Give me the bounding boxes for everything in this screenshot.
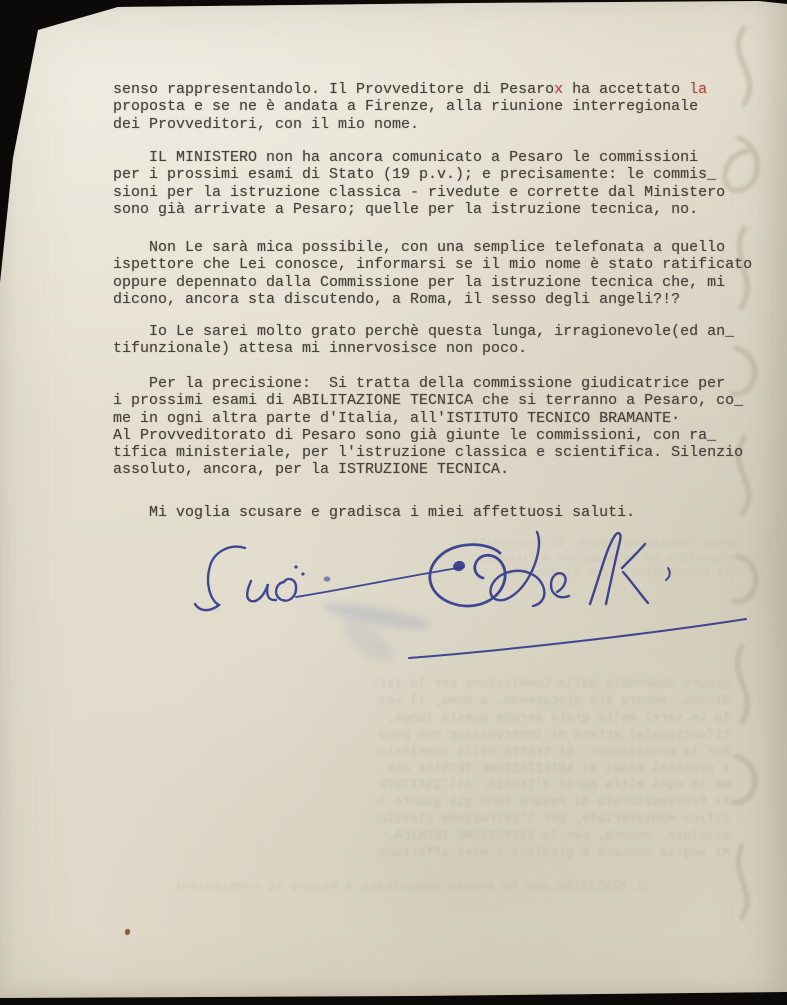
text-line: Al Provveditorato di Pesaro sono già giu… [113, 427, 743, 444]
text-line: oppure depennato dalla Commissione per l… [113, 274, 752, 291]
bleed-through-text: oppure depennato dalla Commissione per l… [376, 676, 730, 904]
bleed-through-text: senso rappresentandolo. Il Provveditore … [470, 536, 738, 588]
text-line: Per la precisione: Si tratta della commi… [113, 375, 743, 392]
text-line: sioni per la istruzione classica - rived… [113, 184, 725, 201]
scanned-letter-page: senso rappresentandolo. Il Provveditore … [0, 0, 787, 1005]
bleed-through-text: IL MINISTERO non ha ancora comunicato a … [34, 879, 650, 897]
paragraph: Non Le sarà mica possibile, con una semp… [113, 239, 752, 308]
paragraph: Mi voglia scusare e gradisca i miei affe… [113, 504, 635, 521]
paragraph: senso rappresentandolo. Il Provveditore … [113, 81, 707, 133]
text-line: ispettore che Lei conosce, informarsi se… [113, 256, 752, 273]
signature-reading: Suo C. Betti [0, 0, 1, 1]
ink-smudge [321, 599, 432, 634]
text-line: senso rappresentandolo. Il Provveditore … [113, 81, 707, 98]
text-line: sono già arrivate a Pesaro; quelle per l… [113, 201, 725, 218]
text-line: i prossimi esami di ABILITAZIONE TECNICA… [113, 392, 743, 409]
paragraph: IL MINISTERO non ha ancora comunicato a … [113, 149, 725, 218]
text-line: me in ogni altra parte d'Italia, all'IST… [113, 410, 743, 427]
paper-stain [125, 929, 130, 935]
text-line: Mi voglia scusare e gradisca i miei affe… [113, 504, 635, 521]
text-line: per i prossimi esami di Stato (19 p.v.);… [113, 166, 725, 183]
text-line: tifica ministeriale, per l'istruzione cl… [113, 444, 743, 461]
paragraph: Per la precisione: Si tratta della commi… [113, 375, 743, 479]
text-line: tifunzionale) attesa mi innervosisce non… [113, 340, 734, 357]
text-line: proposta e se ne è andata a Firenze, all… [113, 98, 707, 115]
text-line: Io Le sarei molto grato perchè questa lu… [113, 323, 734, 340]
text-line: IL MINISTERO non ha ancora comunicato a … [113, 149, 725, 166]
text-line: dei Provveditori, con il mio nome. [113, 116, 707, 133]
letter-paper: senso rappresentandolo. Il Provveditore … [0, 0, 787, 1005]
text-line: Non Le sarà mica possibile, con una semp… [113, 239, 752, 256]
text-line: assoluto, ancora, per la ISTRUZIONE TECN… [113, 461, 743, 478]
paragraph: Io Le sarei molto grato perchè questa lu… [113, 323, 734, 358]
text-line: dicono, ancora sta discutendo, a Roma, i… [113, 291, 752, 308]
